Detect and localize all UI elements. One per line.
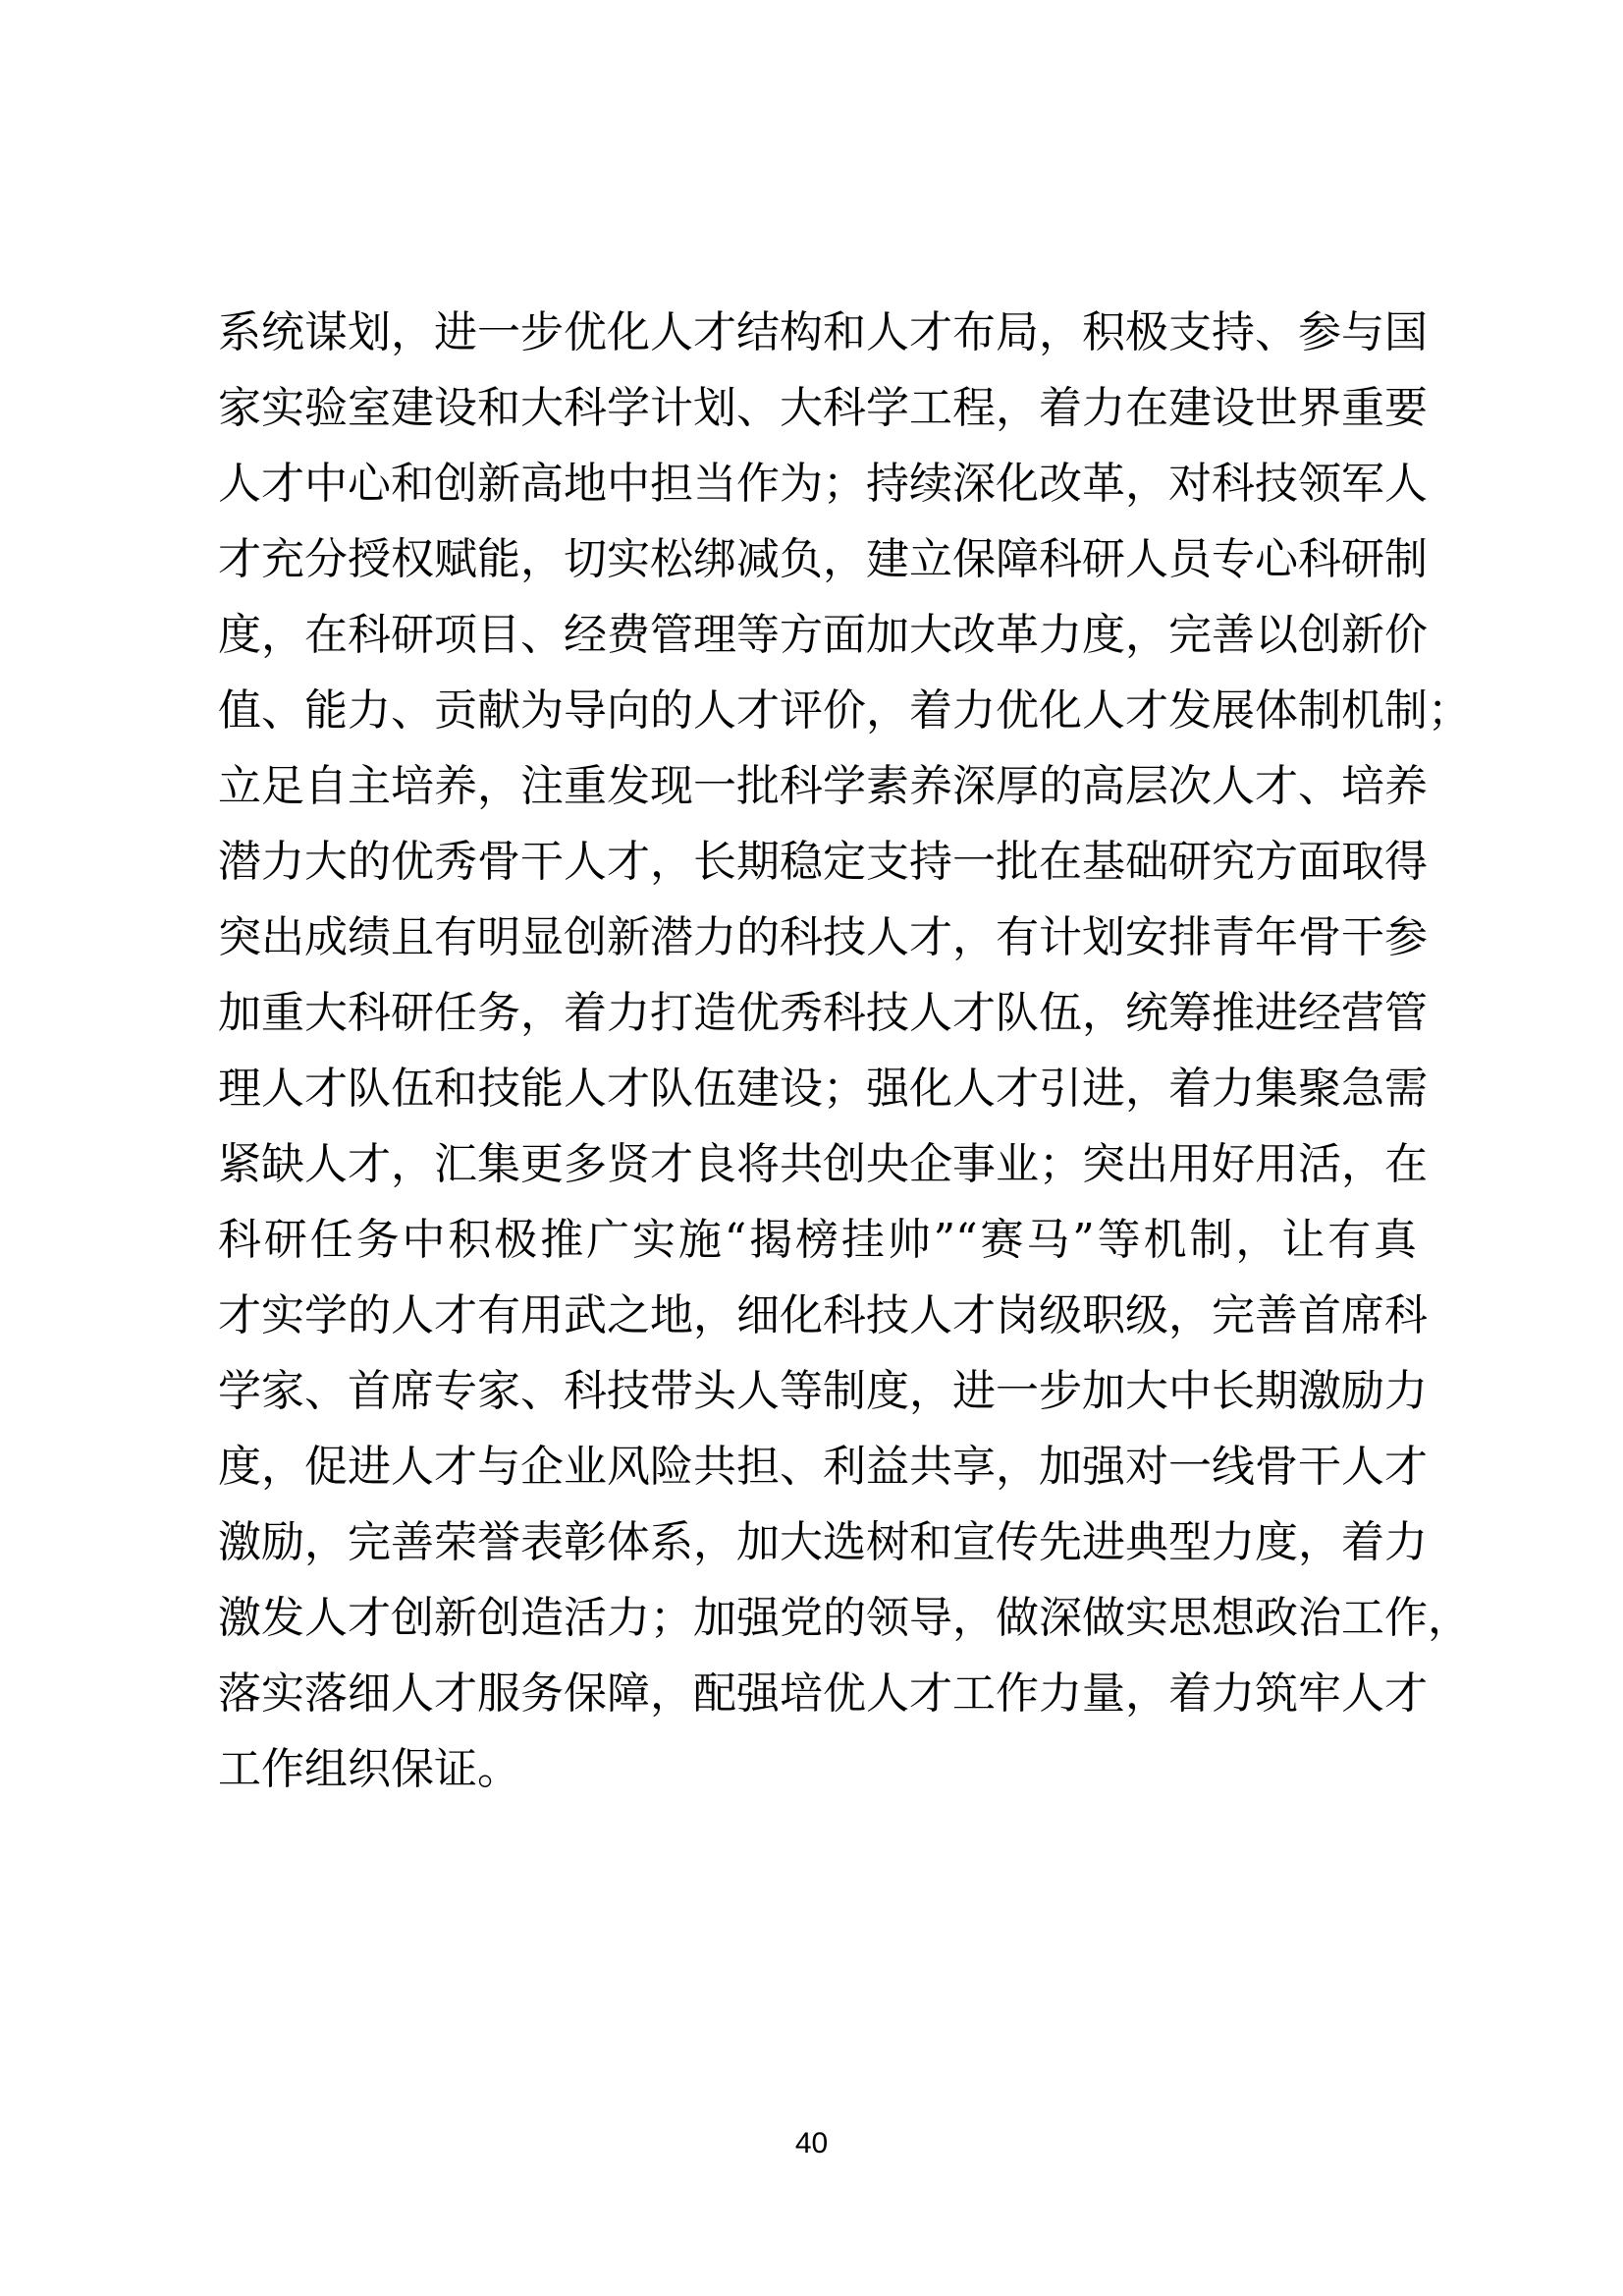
page-footer: 40: [0, 2127, 1623, 2160]
paragraph-line-9: 突出成绩且有明显创新潜力的科技人才，有计划安排青年骨干参: [218, 900, 1417, 975]
paragraph-line-12: 紧缺人才，汇集更多贤才良将共创央企事业；突出用好用活，在: [218, 1126, 1417, 1202]
paragraph-line-5: 度，在科研项目、经费管理等方面加大改革力度，完善以创新价: [218, 597, 1417, 673]
paragraph-line-20: 工作组织保证。: [218, 1731, 1417, 1807]
paragraph-line-15: 学家、首席专家、科技带头人等制度，进一步加大中长期激励力: [218, 1353, 1417, 1429]
paragraph-line-7: 立足自主培养，注重发现一批科学素养深厚的高层次人才、培养: [218, 748, 1417, 824]
paragraph-line-14: 才实学的人才有用武之地，细化科技人才岗级职级，完善首席科: [218, 1278, 1417, 1353]
paragraph-line-3: 人才中心和创新高地中担当作为；持续深化改革，对科技领军人: [218, 446, 1417, 521]
paragraph-line-19: 落实落细人才服务保障，配强培优人才工作力量，着力筑牢人才: [218, 1656, 1417, 1731]
paragraph-line-4: 才充分授权赋能，切实松绑减负，建立保障科研人员专心科研制: [218, 521, 1417, 597]
paragraph-line-17: 激励，完善荣誉表彰体系，加大选树和宣传先进典型力度，着力: [218, 1504, 1417, 1580]
paragraph-line-10: 加重大科研任务，着力打造优秀科技人才队伍，统筹推进经营管: [218, 975, 1417, 1051]
page-number: 40: [795, 2127, 828, 2159]
paragraph-line-2: 家实验室建设和大科学计划、大科学工程，着力在建设世界重要: [218, 370, 1417, 446]
document-page: 系统谋划，进一步优化人才结构和人才布局，积极支持、参与国 家实验室建设和大科学计…: [0, 0, 1623, 2296]
paragraph-line-11: 理人才队伍和技能人才队伍建设；强化人才引进，着力集聚急需: [218, 1051, 1417, 1126]
paragraph-line-13: 科研任务中积极推广实施“揭榜挂帅”“赛马”等机制，让有真: [218, 1202, 1417, 1278]
paragraph-line-8: 潜力大的优秀骨干人才，长期稳定支持一批在基础研究方面取得: [218, 824, 1417, 900]
paragraph: 系统谋划，进一步优化人才结构和人才布局，积极支持、参与国 家实验室建设和大科学计…: [218, 295, 1417, 1807]
paragraph-line-16: 度，促进人才与企业风险共担、利益共享，加强对一线骨干人才: [218, 1429, 1417, 1504]
paragraph-line-1: 系统谋划，进一步优化人才结构和人才布局，积极支持、参与国: [218, 295, 1417, 370]
paragraph-line-18: 激发人才创新创造活力；加强党的领导，做深做实思想政治工作，: [218, 1580, 1417, 1656]
paragraph-line-6: 值、能力、贡献为导向的人才评价，着力优化人才发展体制机制；: [218, 673, 1417, 748]
